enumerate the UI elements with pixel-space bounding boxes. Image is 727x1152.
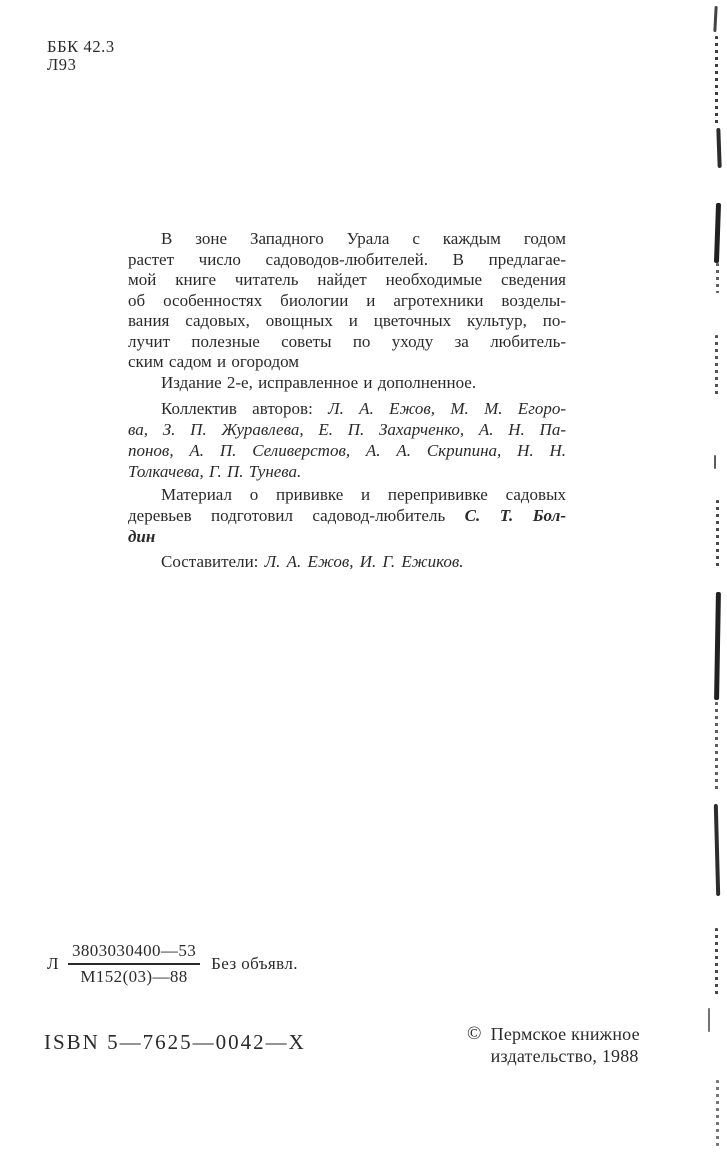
- isbn-number: ISBN 5—7625—0042—X: [44, 1030, 306, 1055]
- text-line: дин: [128, 526, 566, 547]
- copyright-block: © Пермское книжное издательство, 1988: [467, 1023, 640, 1067]
- text-segment: мой книге читатель найдет необходимые св…: [128, 270, 566, 289]
- text-line: Составители: Л. А. Ежов, И. Г. Ежиков.: [128, 551, 566, 572]
- scan-mark: [716, 500, 719, 570]
- book-imprint-page: ББК 42.3 Л93 В зоне Западного Урала с ка…: [0, 0, 727, 1152]
- authors-paragraph: Коллектив авторов: Л. А. Ежов, М. М. Его…: [128, 398, 566, 482]
- scan-mark: [713, 6, 717, 32]
- text-segment: ва, З. П. Журавлева, Е. П. Захарченко, А…: [128, 420, 566, 439]
- text-segment: В зоне Западного Урала с каждым годом: [161, 229, 566, 248]
- text-line: растет число садоводов-любителей. В пред…: [128, 250, 566, 271]
- text-line: ским садом и огородом: [128, 352, 566, 373]
- scan-mark: [714, 455, 716, 469]
- text-segment: деревьев подготовил садовод-любитель: [128, 506, 465, 525]
- text-line: В зоне Западного Урала с каждым годом: [128, 229, 566, 250]
- author-sign: Л93: [47, 56, 115, 74]
- scan-mark: [716, 263, 719, 293]
- scan-mark: [715, 702, 718, 790]
- catalog-code-numerator: 3803030400—53: [68, 941, 200, 965]
- text-line: Коллектив авторов: Л. А. Ежов, М. М. Его…: [128, 398, 566, 419]
- catalog-code-denominator: М152(03)—88: [68, 965, 200, 987]
- text-line: об особенностях биологии и агротехники в…: [128, 291, 566, 312]
- text-segment: ским садом и огородом: [128, 352, 299, 371]
- text-segment: Коллектив авторов:: [161, 399, 328, 418]
- text-segment: Толкачева, Г. П. Тунева.: [128, 462, 301, 481]
- bbk-index: ББК 42.3: [47, 38, 115, 56]
- text-segment: дин: [128, 527, 155, 546]
- text-line: деревьев подготовил садовод-любитель С. …: [128, 505, 566, 526]
- scan-mark: [715, 335, 718, 395]
- text-segment: Материал о прививке и перепрививке садов…: [161, 485, 566, 504]
- publisher-name: Пермское книжное издательство, 1988: [491, 1023, 640, 1067]
- text-line: Издание 2-е, исправленное и дополненное.: [128, 373, 566, 394]
- scan-mark: [714, 203, 721, 263]
- publisher-line-1: Пермское книжное: [491, 1023, 640, 1045]
- copyright-icon: ©: [467, 1023, 482, 1067]
- publisher-line-2: издательство, 1988: [491, 1045, 640, 1067]
- scan-mark: [714, 804, 720, 896]
- scan-mark: [714, 592, 721, 700]
- catalog-code-note: Без объявл.: [211, 954, 298, 974]
- text-line: лучит полезные советы по уходу за любите…: [128, 332, 566, 353]
- material-credit-paragraph: Материал о прививке и перепрививке садов…: [128, 484, 566, 547]
- catalog-code-fraction: 3803030400—53 М152(03)—88: [68, 941, 200, 987]
- text-segment: растет число садоводов-любителей. В пред…: [128, 250, 566, 269]
- text-segment: Л. А. Ежов, М. М. Егоро-: [328, 399, 566, 418]
- text-segment: понов, А. П. Селиверстов, А. А. Скрипина…: [128, 441, 566, 460]
- text-segment: Составители:: [161, 552, 265, 571]
- scan-mark: [708, 1008, 710, 1032]
- text-segment: Л. А. Ежов, И. Г. Ежиков.: [265, 552, 464, 571]
- scan-mark: [716, 128, 721, 168]
- text-line: мой книге читатель найдет необходимые св…: [128, 270, 566, 291]
- text-line: вания садовых, овощных и цветочных культ…: [128, 311, 566, 332]
- catalog-code-prefix: Л: [47, 954, 59, 974]
- scan-mark: [716, 1080, 719, 1146]
- text-segment: лучит полезные советы по уходу за любите…: [128, 332, 566, 351]
- scan-mark: [715, 928, 718, 996]
- compilers-line: Составители: Л. А. Ежов, И. Г. Ежиков.: [128, 551, 566, 572]
- text-line: понов, А. П. Селиверстов, А. А. Скрипина…: [128, 440, 566, 461]
- text-line: ва, З. П. Журавлева, Е. П. Захарченко, А…: [128, 419, 566, 440]
- text-line: Толкачева, Г. П. Тунева.: [128, 461, 566, 482]
- annotation-paragraph: В зоне Западного Урала с каждым годомрас…: [128, 229, 566, 393]
- text-segment: об особенностях биологии и агротехники в…: [128, 291, 566, 310]
- catalog-code-block: Л 3803030400—53 М152(03)—88 Без объявл.: [47, 941, 298, 987]
- text-line: Материал о прививке и перепрививке садов…: [128, 484, 566, 505]
- bbk-block: ББК 42.3 Л93: [47, 38, 115, 74]
- text-segment: С. Т. Бол-: [465, 506, 566, 525]
- scan-mark: [715, 36, 718, 126]
- text-segment: вания садовых, овощных и цветочных культ…: [128, 311, 566, 330]
- text-segment: Издание 2-е, исправленное и дополненное.: [161, 373, 476, 392]
